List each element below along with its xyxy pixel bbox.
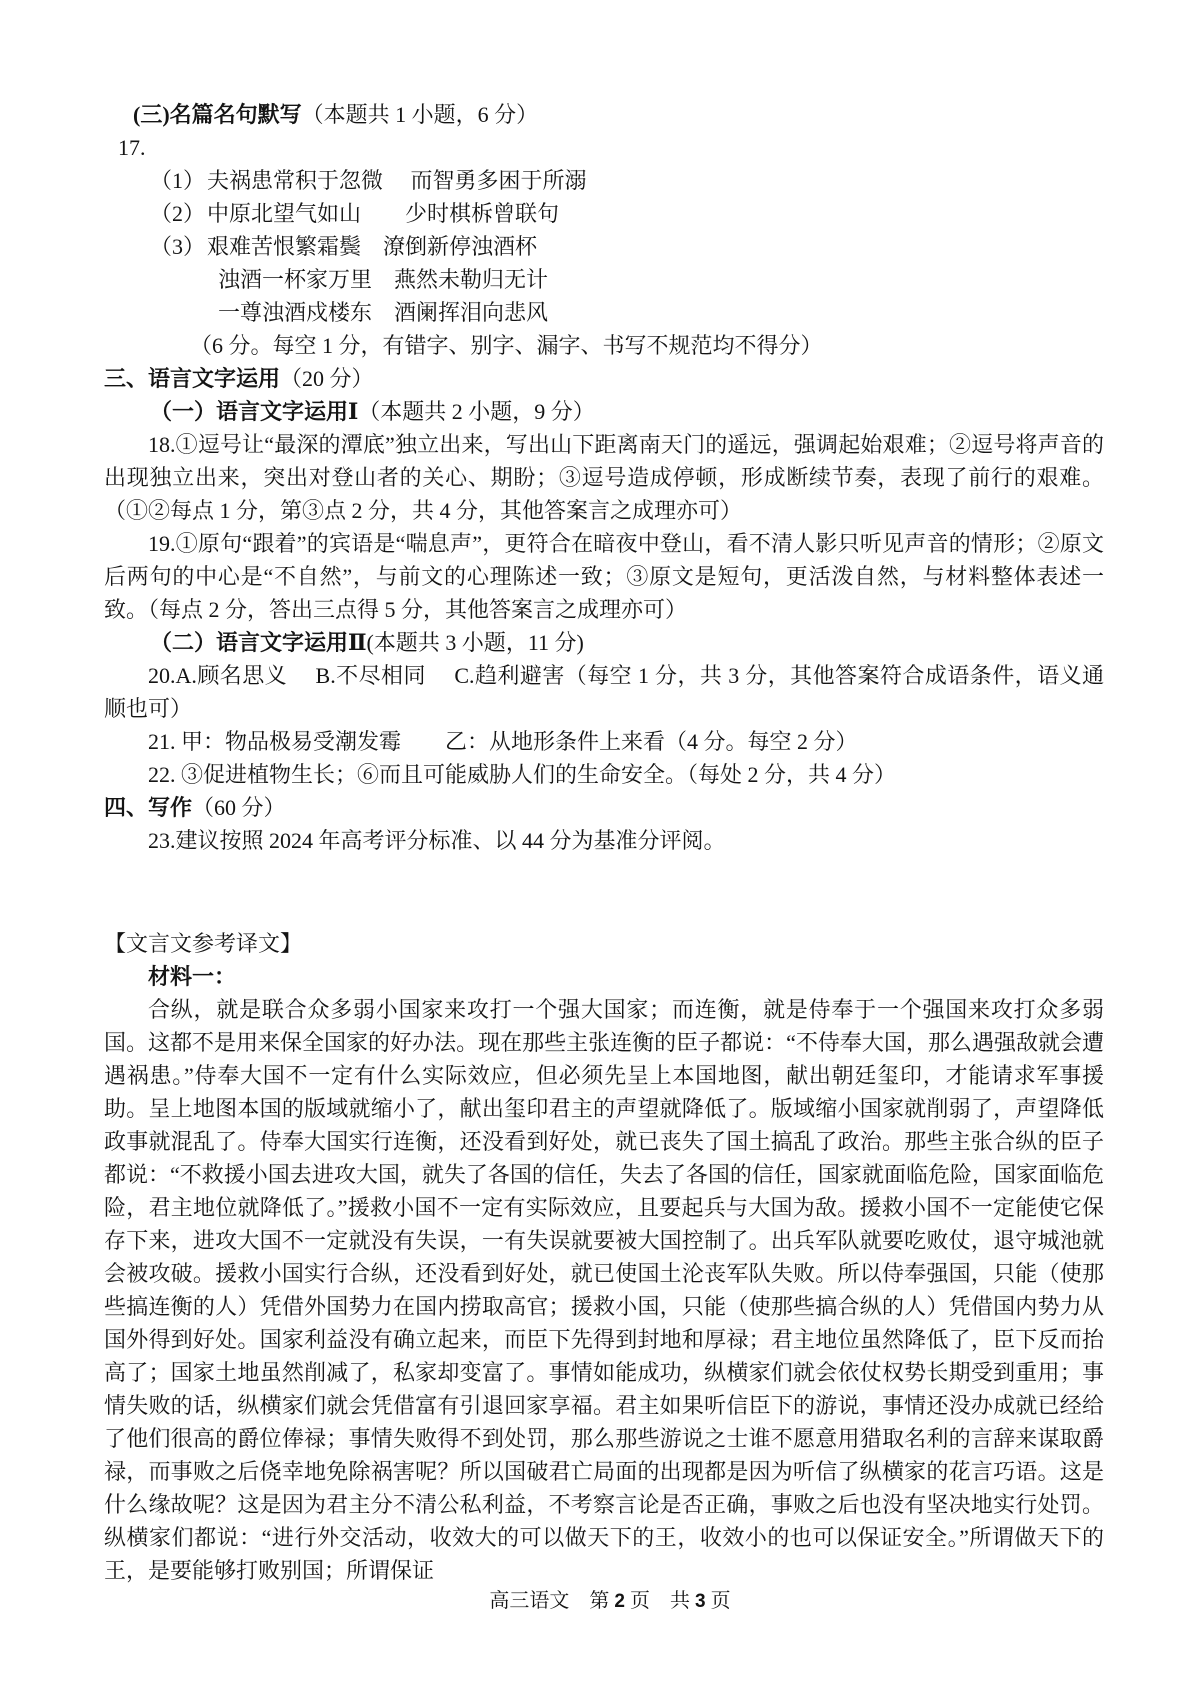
part2-heading-title: （二）语言文字运用Ⅱ xyxy=(150,630,367,655)
section-language-use: 三、语言文字运用（20 分） （一）语言文字运用Ⅰ（本题共 2 小题，9 分） … xyxy=(104,362,1104,791)
answer-20: 20.A.顾名思义 B.不尽相同 C.趋利避害（每空 1 分，共 3 分，其他答… xyxy=(104,659,1104,725)
dictation-answer-3-cont-1: 浊酒一杯家万里 燕然未勒归无计 xyxy=(218,263,1104,296)
language-use-part1-heading: （一）语言文字运用Ⅰ（本题共 2 小题，9 分） xyxy=(150,395,1104,428)
blank-number-2: （2） xyxy=(150,201,205,226)
exam-answer-page: (三)名篇名句默写（本题共 1 小题，6 分） 17. （1）夫祸患常积于忽微 … xyxy=(0,0,1200,1698)
language-use-heading-title: 三、语言文字运用 xyxy=(104,366,280,391)
footer-page-word: 第 xyxy=(569,1590,614,1612)
recitation-heading-meta: （本题共 1 小题，6 分） xyxy=(302,102,539,127)
section-writing: 四、写作（60 分） 23.建议按照 2024 年高考评分标准、以 44 分为基… xyxy=(104,791,1104,857)
part1-heading-meta: （本题共 2 小题，9 分） xyxy=(358,399,595,424)
writing-heading-title: 四、写作 xyxy=(104,795,192,820)
footer-page-unit: 页 xyxy=(625,1590,650,1612)
section-recitation: (三)名篇名句默写（本题共 1 小题，6 分） 17. （1）夫祸患常积于忽微 … xyxy=(104,98,1104,362)
scoring-note-17: （6 分。每空 1 分，有错字、别字、漏字、书写不规范均不得分） xyxy=(190,329,1104,362)
blank-number-3: （3） xyxy=(150,234,205,259)
footer-total-word: 共 xyxy=(650,1590,695,1612)
recitation-heading: (三)名篇名句默写（本题共 1 小题，6 分） xyxy=(133,98,1104,131)
footer-total-unit: 页 xyxy=(706,1590,731,1612)
language-use-heading: 三、语言文字运用（20 分） xyxy=(104,362,1104,395)
dictation-answer-3-cont-2: 一尊浊酒戍楼东 酒阑挥泪向悲风 xyxy=(218,296,1104,329)
section-gap xyxy=(104,857,1104,927)
answer-19: 19.①原句“跟着”的宾语是“喘息声”，更符合在暗夜中登山，看不清人影只听见声音… xyxy=(104,527,1104,626)
blank-number-1: （1） xyxy=(150,168,205,193)
answer-22: 22. ③促进植物生长；⑥而且可能威胁人们的生命安全。（每处 2 分，共 4 分… xyxy=(104,758,1104,791)
answer-23: 23.建议按照 2024 年高考评分标准、以 44 分为基准分评阅。 xyxy=(104,824,1104,857)
answer-21: 21. 甲：物品极易受潮发霉 乙：从地形条件上来看（4 分。每空 2 分） xyxy=(104,725,1104,758)
material-one-label: 材料一： xyxy=(104,960,1104,993)
section-translation: 【文言文参考译文】 材料一： 合纵，就是联合众多弱小国家来攻打一个强大国家；而连… xyxy=(104,927,1104,1587)
part1-heading-title: （一）语言文字运用Ⅰ xyxy=(150,399,358,424)
dictation-answer-1: （1）夫祸患常积于忽微 而智勇多困于所溺 xyxy=(150,164,1104,197)
blank-answer-2: 中原北望气如山 少时棋柝曾联句 xyxy=(207,201,559,226)
recitation-heading-title: (三)名篇名句默写 xyxy=(133,102,302,127)
part2-heading-meta: (本题共 3 小题，11 分) xyxy=(367,630,584,655)
blank-answer-3: 艰难苦恨繁霜鬓 潦倒新停浊酒杯 xyxy=(207,234,537,259)
translation-paragraph: 合纵，就是联合众多弱小国家来攻打一个强大国家；而连衡，就是侍奉于一个强国来攻打众… xyxy=(104,993,1104,1587)
question-17-label: 17. xyxy=(118,131,1104,164)
writing-heading-meta: （60 分） xyxy=(192,795,286,820)
language-use-heading-meta: （20 分） xyxy=(280,366,374,391)
language-use-part2-heading: （二）语言文字运用Ⅱ(本题共 3 小题，11 分) xyxy=(150,626,1104,659)
footer-page-number: 2 xyxy=(614,1591,625,1612)
dictation-answer-3: （3）艰难苦恨繁霜鬓 潦倒新停浊酒杯 xyxy=(150,230,1104,263)
answer-18: 18.①逗号让“最深的潭底”独立出来，写出山下距离南天门的遥远，强调起始艰难；②… xyxy=(104,428,1104,527)
page-footer: 高三语文 第 2 页 共 3 页 xyxy=(0,1550,1200,1653)
footer-total-pages: 3 xyxy=(695,1591,706,1612)
writing-heading: 四、写作（60 分） xyxy=(104,791,1104,824)
translation-heading: 【文言文参考译文】 xyxy=(104,927,1104,960)
blank-answer-1: 夫祸患常积于忽微 而智勇多困于所溺 xyxy=(207,168,587,193)
dictation-answer-2: （2）中原北望气如山 少时棋柝曾联句 xyxy=(150,197,1104,230)
footer-course: 高三语文 xyxy=(489,1590,569,1612)
